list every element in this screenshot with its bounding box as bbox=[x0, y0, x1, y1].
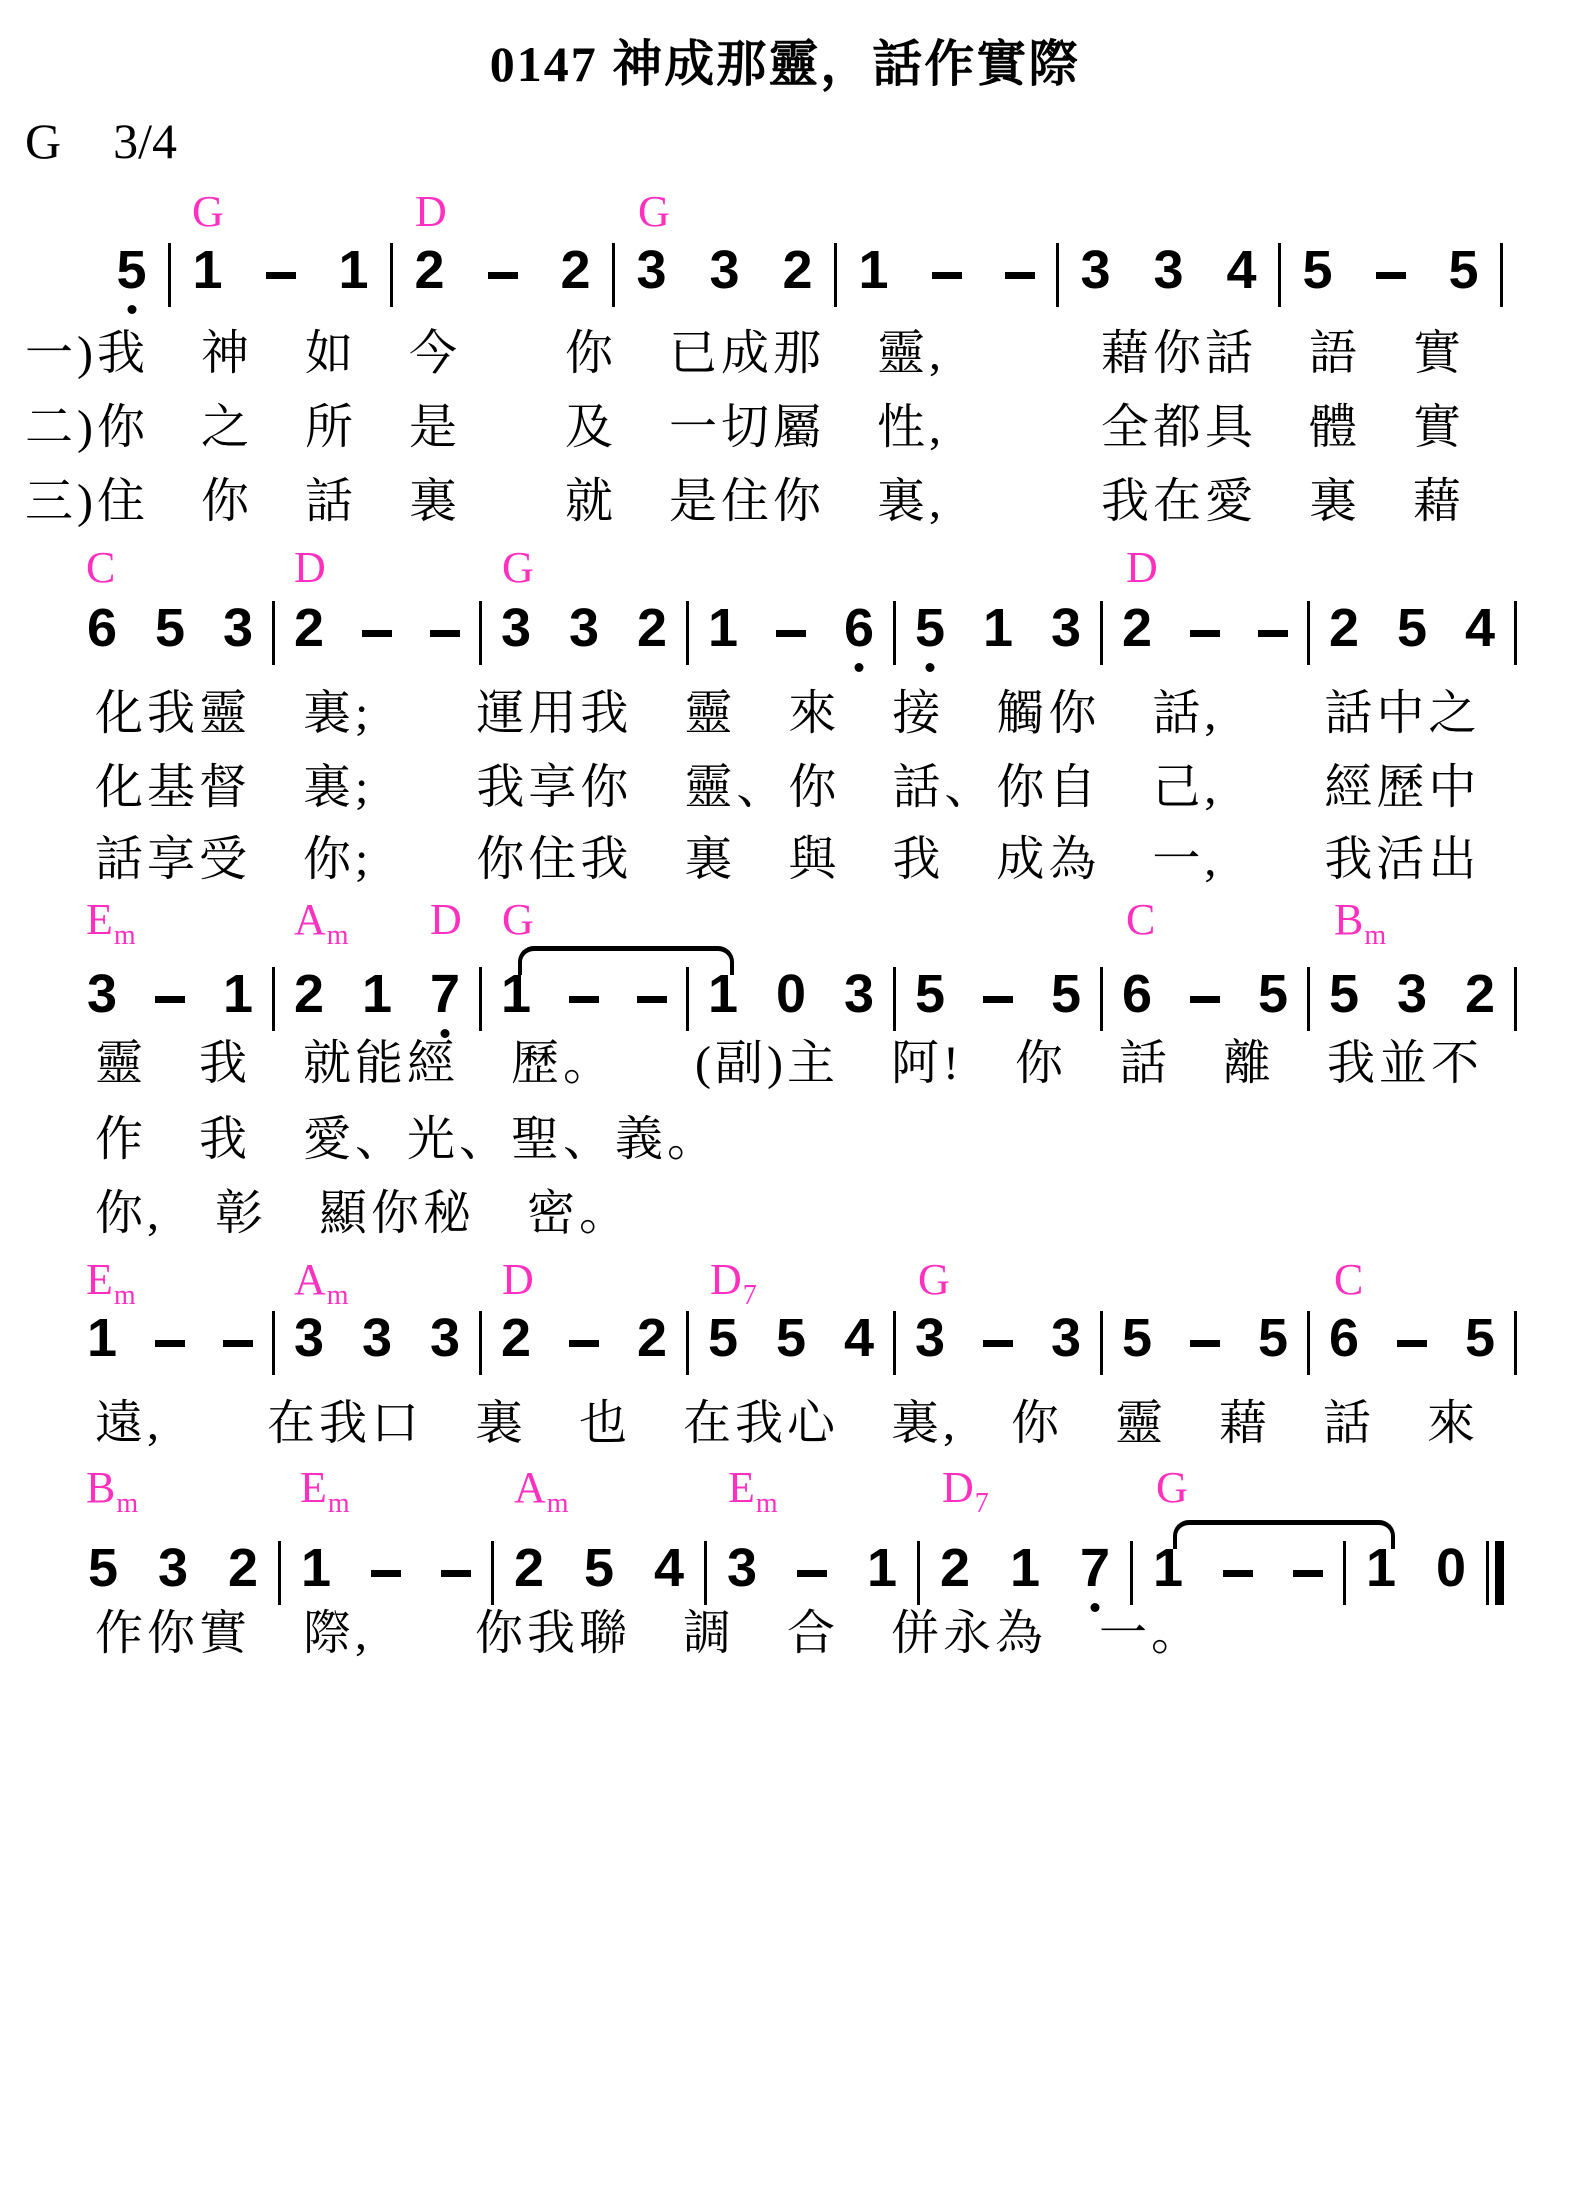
note-digit: 2 bbox=[761, 238, 834, 312]
note-digit: 5 bbox=[1239, 962, 1307, 1036]
chord-subscript: m bbox=[328, 1488, 350, 1519]
note-digit: 5 bbox=[1032, 962, 1100, 1036]
note-digit: 5 bbox=[1310, 962, 1378, 1036]
dash-bar bbox=[1190, 630, 1220, 637]
time-signature: 3/4 bbox=[113, 113, 177, 169]
note-digit: 2 bbox=[920, 1536, 990, 1610]
note-digit: 6 bbox=[1310, 1306, 1378, 1380]
note-digit: 2 bbox=[539, 238, 612, 312]
chord-label: Am bbox=[294, 1258, 349, 1310]
chord-label: Bm bbox=[86, 1466, 138, 1518]
dash-bar bbox=[155, 996, 185, 1003]
chord-label: C bbox=[86, 546, 115, 590]
note-digit: 3 bbox=[896, 1306, 964, 1380]
chord-label: D7 bbox=[942, 1466, 989, 1518]
chord-label: Em bbox=[728, 1466, 778, 1518]
notation-line: 51122332133455 bbox=[95, 238, 1503, 312]
lyric-line: 一)我 神 如 今 你 已成那 靈, 藉你話 語 實 bbox=[25, 326, 1465, 381]
duration-dash bbox=[411, 596, 479, 670]
chord-label: C bbox=[1126, 898, 1155, 942]
dash-bar bbox=[1293, 1570, 1323, 1577]
note-digit: 4 bbox=[1446, 596, 1514, 670]
chord-subscript: m bbox=[1364, 920, 1386, 951]
note-digit: 3 bbox=[615, 238, 688, 312]
note-digit: 0 bbox=[1416, 1536, 1486, 1610]
dash-bar bbox=[1223, 1570, 1253, 1577]
chord-subscript: m bbox=[327, 920, 349, 951]
dash-bar bbox=[430, 630, 460, 637]
note-digit: 3 bbox=[411, 1306, 479, 1380]
note-digit: 5 bbox=[757, 1306, 825, 1380]
chord-root: C bbox=[1126, 895, 1155, 944]
note-digit: 1 bbox=[68, 1306, 136, 1380]
chord-root: G bbox=[502, 543, 534, 592]
note-digit: 5 bbox=[689, 1306, 757, 1380]
note-digit: 1 bbox=[990, 1536, 1060, 1610]
chord-root: G bbox=[192, 187, 224, 236]
note-digit-low-octave: 7 bbox=[1060, 1536, 1130, 1610]
duration-dash bbox=[757, 596, 825, 670]
lyric-line: 二)你 之 所 是 及 一切屬 性, 全都具 體 實 bbox=[25, 400, 1465, 455]
duration-dash bbox=[351, 1536, 421, 1610]
lyric-line: 靈 我 就能經 歷。 (副)主 阿! 你 話 離 我並不 bbox=[95, 1036, 1483, 1091]
notation-line: 133322554335565 bbox=[68, 1306, 1517, 1380]
note-digit: 3 bbox=[1059, 238, 1132, 312]
duration-dash bbox=[1171, 596, 1239, 670]
dash-bar bbox=[983, 996, 1013, 1003]
chord-root: D bbox=[710, 1255, 742, 1304]
note-digit: 1 bbox=[171, 238, 244, 312]
dash-bar bbox=[1376, 272, 1406, 279]
note-digit-low-octave: 7 bbox=[411, 962, 479, 1036]
note-digit: 0 bbox=[757, 962, 825, 1036]
note-digit: 1 bbox=[689, 596, 757, 670]
note-digit: 3 bbox=[275, 1306, 343, 1380]
chord-root: G bbox=[638, 187, 670, 236]
final-bar-thick bbox=[1495, 1541, 1504, 1605]
note-digit-low-octave: 5 bbox=[95, 238, 168, 312]
chord-label: G bbox=[192, 190, 224, 234]
note-digit: 1 bbox=[281, 1536, 351, 1610]
dash-bar bbox=[362, 630, 392, 637]
sheet-title: 0147 神成那靈，話作實際 bbox=[0, 24, 1570, 96]
note-digit: 2 bbox=[1446, 962, 1514, 1036]
note-digit-low-octave: 6 bbox=[825, 596, 893, 670]
note-digit: 5 bbox=[1239, 1306, 1307, 1380]
note-digit: 3 bbox=[688, 238, 761, 312]
chord-root: D bbox=[942, 1463, 974, 1512]
chord-root: A bbox=[294, 895, 326, 944]
note-digit: 5 bbox=[136, 596, 204, 670]
chord-label: D bbox=[1126, 546, 1158, 590]
chord-label: Bm bbox=[1334, 898, 1386, 950]
dash-bar bbox=[488, 272, 518, 279]
note-digit: 1 bbox=[317, 238, 390, 312]
dash-bar bbox=[1005, 272, 1035, 279]
notation-line: 3121711035565532 bbox=[68, 962, 1517, 1036]
duration-dash bbox=[964, 962, 1032, 1036]
note-digit: 3 bbox=[825, 962, 893, 1036]
note-digit: 4 bbox=[634, 1536, 704, 1610]
lyric-line: 作 我 愛、光、聖、義。 bbox=[95, 1112, 719, 1167]
barline bbox=[1514, 967, 1517, 1031]
duration-dash bbox=[466, 238, 539, 312]
note-digit: 5 bbox=[1427, 238, 1500, 312]
duration-dash bbox=[1354, 238, 1427, 312]
note-digit: 5 bbox=[896, 962, 964, 1036]
note-digit: 1 bbox=[964, 596, 1032, 670]
chord-root: E bbox=[86, 1255, 113, 1304]
lyric-line: 化我靈 裏; 運用我 靈 來 接 觸你 話, 話中之 bbox=[95, 686, 1480, 741]
final-bar-thin bbox=[1486, 1541, 1489, 1605]
chord-label: G bbox=[638, 190, 670, 234]
lyric-line: 話享受 你; 你住我 裏 與 我 成為 一, 我活出 bbox=[95, 832, 1480, 887]
note-digit: 3 bbox=[1032, 596, 1100, 670]
duration-dash bbox=[1171, 1306, 1239, 1380]
chord-subscript: 7 bbox=[975, 1488, 989, 1519]
chord-root: D bbox=[1126, 543, 1158, 592]
key-signature: G bbox=[25, 113, 61, 169]
duration-dash bbox=[964, 1306, 1032, 1380]
duration-dash bbox=[136, 1306, 204, 1380]
note-digit: 3 bbox=[482, 596, 550, 670]
note-digit: 5 bbox=[1446, 1306, 1514, 1380]
lyric-line: 遠, 在我口 裏 也 在我心 裏, 你 靈 藉 話 來 bbox=[95, 1396, 1479, 1451]
note-digit: 3 bbox=[68, 962, 136, 1036]
dash-bar bbox=[371, 1570, 401, 1577]
duration-dash bbox=[550, 1306, 618, 1380]
chord-subscript: m bbox=[756, 1488, 778, 1519]
duration-dash bbox=[777, 1536, 847, 1610]
chord-label: Em bbox=[86, 1258, 136, 1310]
note-digit: 2 bbox=[275, 596, 343, 670]
note-digit: 1 bbox=[343, 962, 411, 1036]
chord-root: D bbox=[294, 543, 326, 592]
dash-bar bbox=[569, 1340, 599, 1347]
note-digit: 3 bbox=[707, 1536, 777, 1610]
duration-dash bbox=[244, 238, 317, 312]
dash-bar bbox=[1190, 996, 1220, 1003]
dash-bar bbox=[569, 996, 599, 1003]
note-digit: 6 bbox=[1103, 962, 1171, 1036]
dash-bar bbox=[983, 1340, 1013, 1347]
chord-label: D bbox=[294, 546, 326, 590]
duration-dash bbox=[136, 962, 204, 1036]
note-digit: 5 bbox=[1103, 1306, 1171, 1380]
note-digit: 5 bbox=[1281, 238, 1354, 312]
chord-label: G bbox=[918, 1258, 950, 1302]
note-digit: 2 bbox=[1103, 596, 1171, 670]
chord-label: G bbox=[1156, 1466, 1188, 1510]
note-digit: 3 bbox=[343, 1306, 411, 1380]
chord-label: Am bbox=[294, 898, 349, 950]
note-digit: 2 bbox=[618, 596, 686, 670]
duration-dash bbox=[204, 1306, 272, 1380]
dash-bar bbox=[266, 272, 296, 279]
chord-label: D7 bbox=[710, 1258, 757, 1310]
lyric-line: 你, 彰 顯你秘 密。 bbox=[95, 1186, 631, 1241]
duration-dash bbox=[343, 596, 411, 670]
chord-root: B bbox=[86, 1463, 115, 1512]
note-digit: 2 bbox=[618, 1306, 686, 1380]
note-digit: 2 bbox=[1310, 596, 1378, 670]
chord-root: B bbox=[1334, 895, 1363, 944]
note-digit: 2 bbox=[494, 1536, 564, 1610]
tie-arc bbox=[1173, 1520, 1395, 1549]
chord-label: G bbox=[502, 898, 534, 942]
dash-bar bbox=[155, 1340, 185, 1347]
dash-bar bbox=[797, 1570, 827, 1577]
notation-line: 6532332165132254 bbox=[68, 596, 1517, 670]
note-digit: 1 bbox=[847, 1536, 917, 1610]
note-digit: 3 bbox=[1378, 962, 1446, 1036]
dash-bar bbox=[1397, 1340, 1427, 1347]
note-digit: 4 bbox=[1205, 238, 1278, 312]
dash-bar bbox=[1190, 1340, 1220, 1347]
chord-label: Em bbox=[300, 1466, 350, 1518]
chord-label: D bbox=[430, 898, 462, 942]
duration-dash bbox=[1378, 1306, 1446, 1380]
duration-dash bbox=[1171, 962, 1239, 1036]
note-digit: 3 bbox=[138, 1536, 208, 1610]
chord-label: D bbox=[415, 190, 447, 234]
note-digit: 2 bbox=[275, 962, 343, 1036]
chord-root: A bbox=[294, 1255, 326, 1304]
chord-root: D bbox=[415, 187, 447, 236]
chord-label: Em bbox=[86, 898, 136, 950]
chord-root: D bbox=[502, 1255, 534, 1304]
chord-root: G bbox=[1156, 1463, 1188, 1512]
chord-root: E bbox=[728, 1463, 755, 1512]
dash-bar bbox=[223, 1340, 253, 1347]
lyric-line: 作你實 際, 你我聯 調 合 併永為 一。 bbox=[95, 1606, 1203, 1661]
note-digit: 5 bbox=[68, 1536, 138, 1610]
chord-root: C bbox=[1334, 1255, 1363, 1304]
barline bbox=[1514, 1311, 1517, 1375]
chord-root: D bbox=[430, 895, 462, 944]
key-and-time: G3/4 bbox=[25, 112, 177, 170]
dash-bar bbox=[637, 996, 667, 1003]
lyric-line: 化基督 裏; 我享你 靈、你 話、你自 己, 經歷中 bbox=[95, 760, 1480, 815]
note-digit: 2 bbox=[393, 238, 466, 312]
note-digit: 3 bbox=[1032, 1306, 1100, 1380]
duration-dash bbox=[1239, 596, 1307, 670]
duration-dash bbox=[910, 238, 983, 312]
chord-root: A bbox=[514, 1463, 546, 1512]
barline bbox=[1514, 601, 1517, 665]
chord-subscript: m bbox=[547, 1488, 569, 1519]
dash-bar bbox=[932, 272, 962, 279]
note-digit: 5 bbox=[564, 1536, 634, 1610]
final-barline bbox=[1486, 1536, 1504, 1610]
dash-bar bbox=[441, 1570, 471, 1577]
note-digit: 2 bbox=[482, 1306, 550, 1380]
note-digit: 1 bbox=[204, 962, 272, 1036]
note-digit-low-octave: 5 bbox=[896, 596, 964, 670]
note-digit: 5 bbox=[1378, 596, 1446, 670]
chord-label: Am bbox=[514, 1466, 569, 1518]
chord-root: E bbox=[86, 895, 113, 944]
duration-dash bbox=[421, 1536, 491, 1610]
chord-root: C bbox=[86, 543, 115, 592]
lyric-line: 三)住 你 話 裏 就 是住你 裏, 我在愛 裏 藉 bbox=[25, 474, 1465, 529]
chord-label: D bbox=[502, 1258, 534, 1302]
chord-root: E bbox=[300, 1463, 327, 1512]
chord-subscript: m bbox=[116, 1488, 138, 1519]
note-digit: 1 bbox=[837, 238, 910, 312]
chord-label: G bbox=[502, 546, 534, 590]
note-digit: 4 bbox=[825, 1306, 893, 1380]
note-digit: 3 bbox=[1132, 238, 1205, 312]
note-digit: 6 bbox=[68, 596, 136, 670]
dash-bar bbox=[1258, 630, 1288, 637]
note-digit: 3 bbox=[204, 596, 272, 670]
note-digit: 2 bbox=[208, 1536, 278, 1610]
duration-dash bbox=[983, 238, 1056, 312]
sheet-music-page: 0147 神成那靈，話作實際 G3/4 GDG51122332133455一)我… bbox=[0, 0, 1570, 2200]
dash-bar bbox=[776, 630, 806, 637]
chord-root: G bbox=[918, 1255, 950, 1304]
tie-arc bbox=[518, 946, 734, 975]
chord-label: C bbox=[1334, 1258, 1363, 1302]
note-digit: 3 bbox=[550, 596, 618, 670]
chord-root: G bbox=[502, 895, 534, 944]
barline bbox=[1500, 243, 1503, 307]
chord-subscript: m bbox=[114, 920, 136, 951]
